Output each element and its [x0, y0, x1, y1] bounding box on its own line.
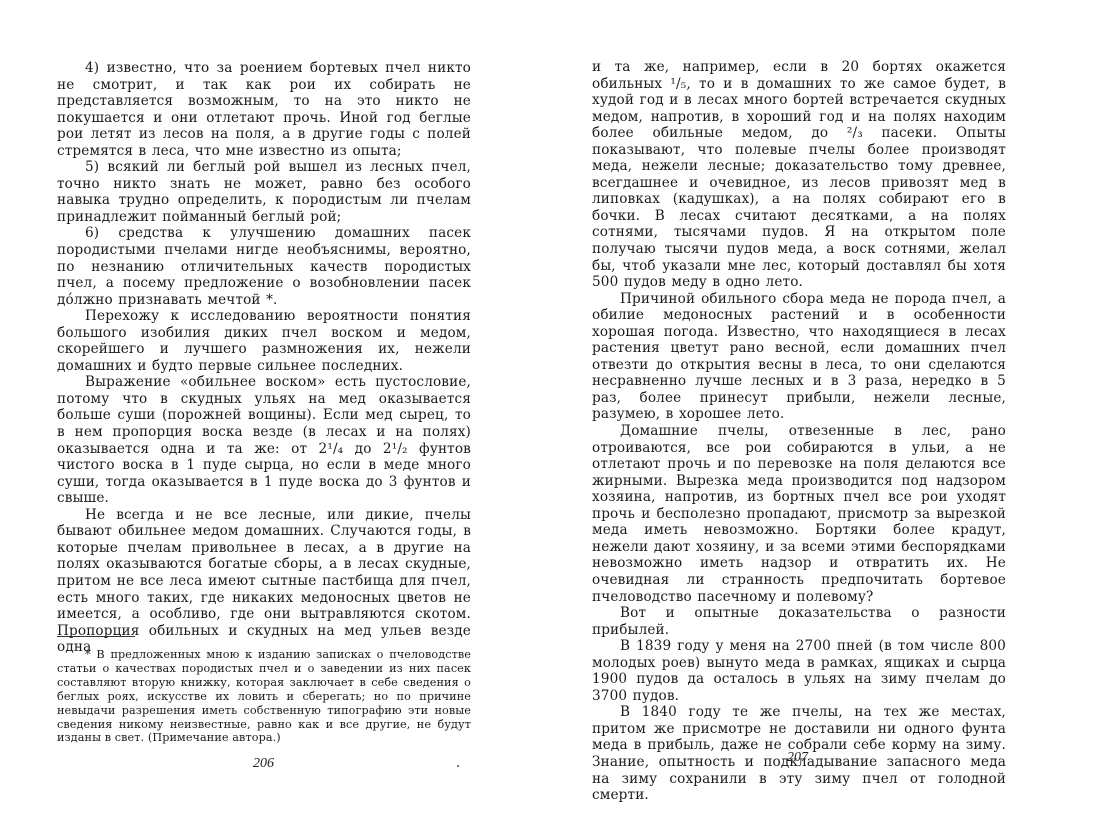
left-page: 4) известно, что за роением бортевых пче…: [57, 60, 471, 656]
paragraph: 5) всякий ли беглый рой вышел из лесных …: [57, 159, 471, 225]
paragraph: Домашние пчелы, отвезенные в лес, рано о…: [592, 423, 1006, 605]
paragraph: 6) средства к улучшению домашних пасек п…: [57, 225, 471, 308]
paragraph: Перехожу к исследованию вероятности поня…: [57, 308, 471, 374]
footnote: * В предложенных мною к изданию записках…: [57, 648, 471, 745]
page-number-right: 207: [787, 750, 808, 766]
paragraph: Не всегда и не все лесные, или дикие, пч…: [57, 507, 471, 656]
paragraph: Причиной обильного сбора меда не порода …: [592, 291, 1006, 423]
paragraph: и та же, например, если в 20 бортях окаж…: [592, 59, 1006, 291]
paragraph: Вот и опытные доказательства о разности …: [592, 605, 1006, 638]
paragraph: 4) известно, что за роением бортевых пче…: [57, 60, 471, 159]
scan-speck: [457, 765, 459, 767]
page-number-left: 206: [253, 756, 274, 772]
right-page: и та же, например, если в 20 бортях окаж…: [592, 59, 1006, 804]
paragraph: В 1839 году у меня на 2700 пней (в том ч…: [592, 638, 1006, 704]
footnote-divider: [57, 636, 135, 637]
paragraph: Выражение «обильнее воском» есть пустосл…: [57, 374, 471, 506]
